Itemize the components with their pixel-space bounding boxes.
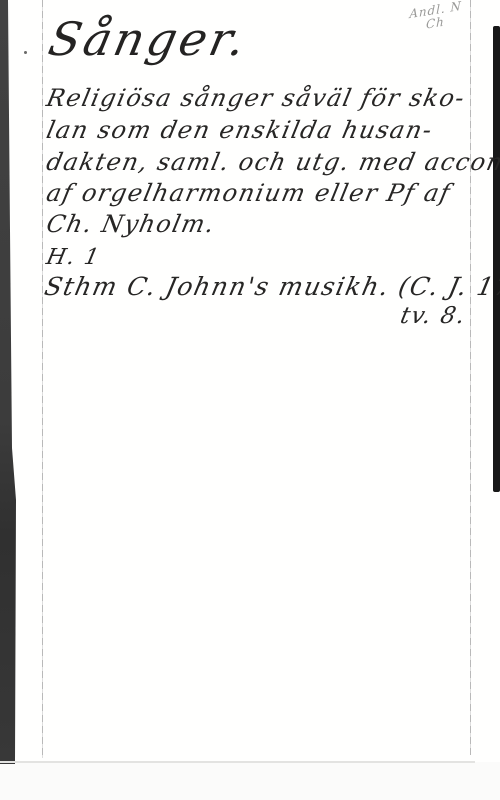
body-line-2: lan som den enskilda husan- — [44, 116, 436, 144]
body-line-5: Ch. Nyholm. — [44, 210, 218, 238]
scanned-catalog-card-page: Andl. N Ch Sånger. Religiösa sånger såvä… — [0, 0, 500, 800]
volume-note: H. 1 — [44, 245, 102, 270]
body-line-3: dakten, saml. och utg. med accomp. — [44, 148, 500, 176]
card-bottom-edge — [0, 761, 475, 763]
card-left-margin-rule — [42, 0, 43, 758]
card-right-margin-rule — [470, 0, 471, 755]
imprint-line: Sthm C. Johnn's musikh. (C. J. 175) — [42, 272, 500, 301]
card-surface — [10, 0, 500, 762]
ink-speck — [24, 51, 27, 54]
body-line-4: af orgelharmonium eller Pf af — [44, 179, 454, 207]
format-note: tv. 8. — [398, 303, 469, 329]
card-title: Sånger. — [44, 12, 253, 66]
scan-right-edge — [493, 26, 500, 492]
body-line-1: Religiösa sånger såväl för sko- — [44, 84, 468, 112]
